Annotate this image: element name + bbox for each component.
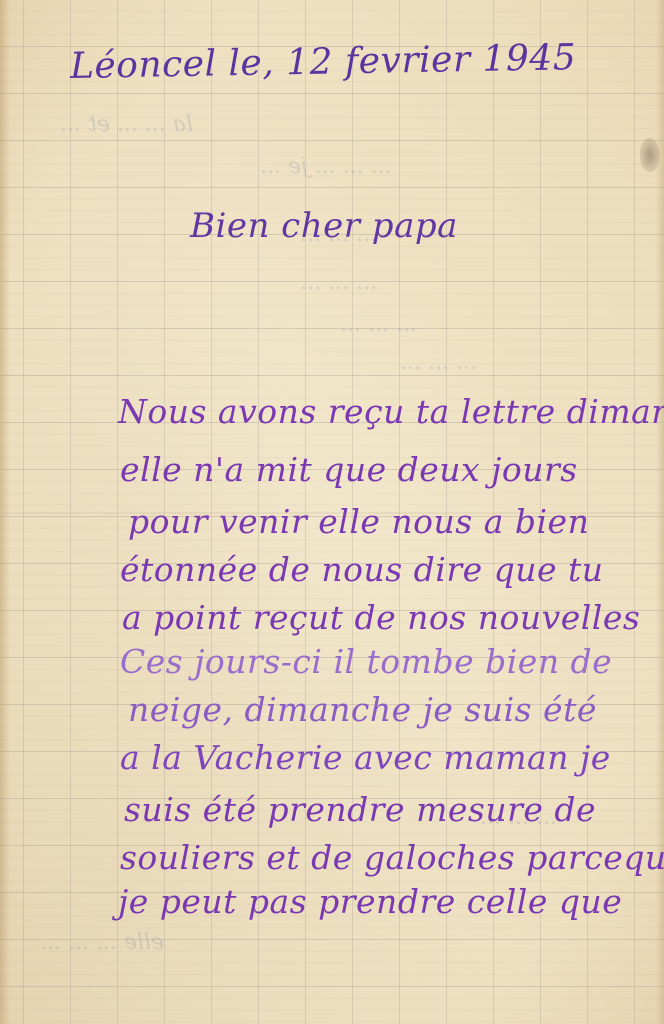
body-line: Ces jours-ci il tombe bien de [120, 642, 612, 681]
bleed-through-line: la ... ... et ... [60, 112, 193, 137]
bleed-through-line: ... ... ... [400, 350, 477, 375]
body-line: elle n'a mit que deux jours [120, 450, 578, 489]
letter-page: la ... ... et ... ... ... ... je ... ...… [0, 0, 664, 1024]
body-line: neige, dimanche je suis été [128, 690, 597, 729]
body-line: étonnée de nous dire que tu [120, 550, 604, 589]
bleed-through-line: elle ... ... ... [40, 930, 164, 955]
bleed-through-line: ... ... ... [300, 270, 377, 295]
body-line: je peut pas prendre celle que [118, 882, 622, 921]
body-line: Nous avons reçu ta lettre dimanche [118, 392, 664, 431]
body-line: suis été prendre mesure de [124, 790, 596, 829]
letter-date-header: Léoncel le, 12 fevrier 1945 [70, 37, 577, 87]
body-line: pour venir elle nous a bien [128, 502, 589, 541]
body-line: souliers et de galoches parceque [120, 838, 664, 877]
letter-salutation: Bien cher papa [190, 206, 458, 246]
ink-stain [640, 138, 660, 172]
body-line: a la Vacherie avec maman je [120, 738, 611, 777]
bleed-through-line: ... ... ... je ... [260, 154, 392, 179]
body-line: a point reçut de nos nouvelles [122, 598, 640, 637]
bleed-through-line: ... ... ... [340, 312, 417, 337]
